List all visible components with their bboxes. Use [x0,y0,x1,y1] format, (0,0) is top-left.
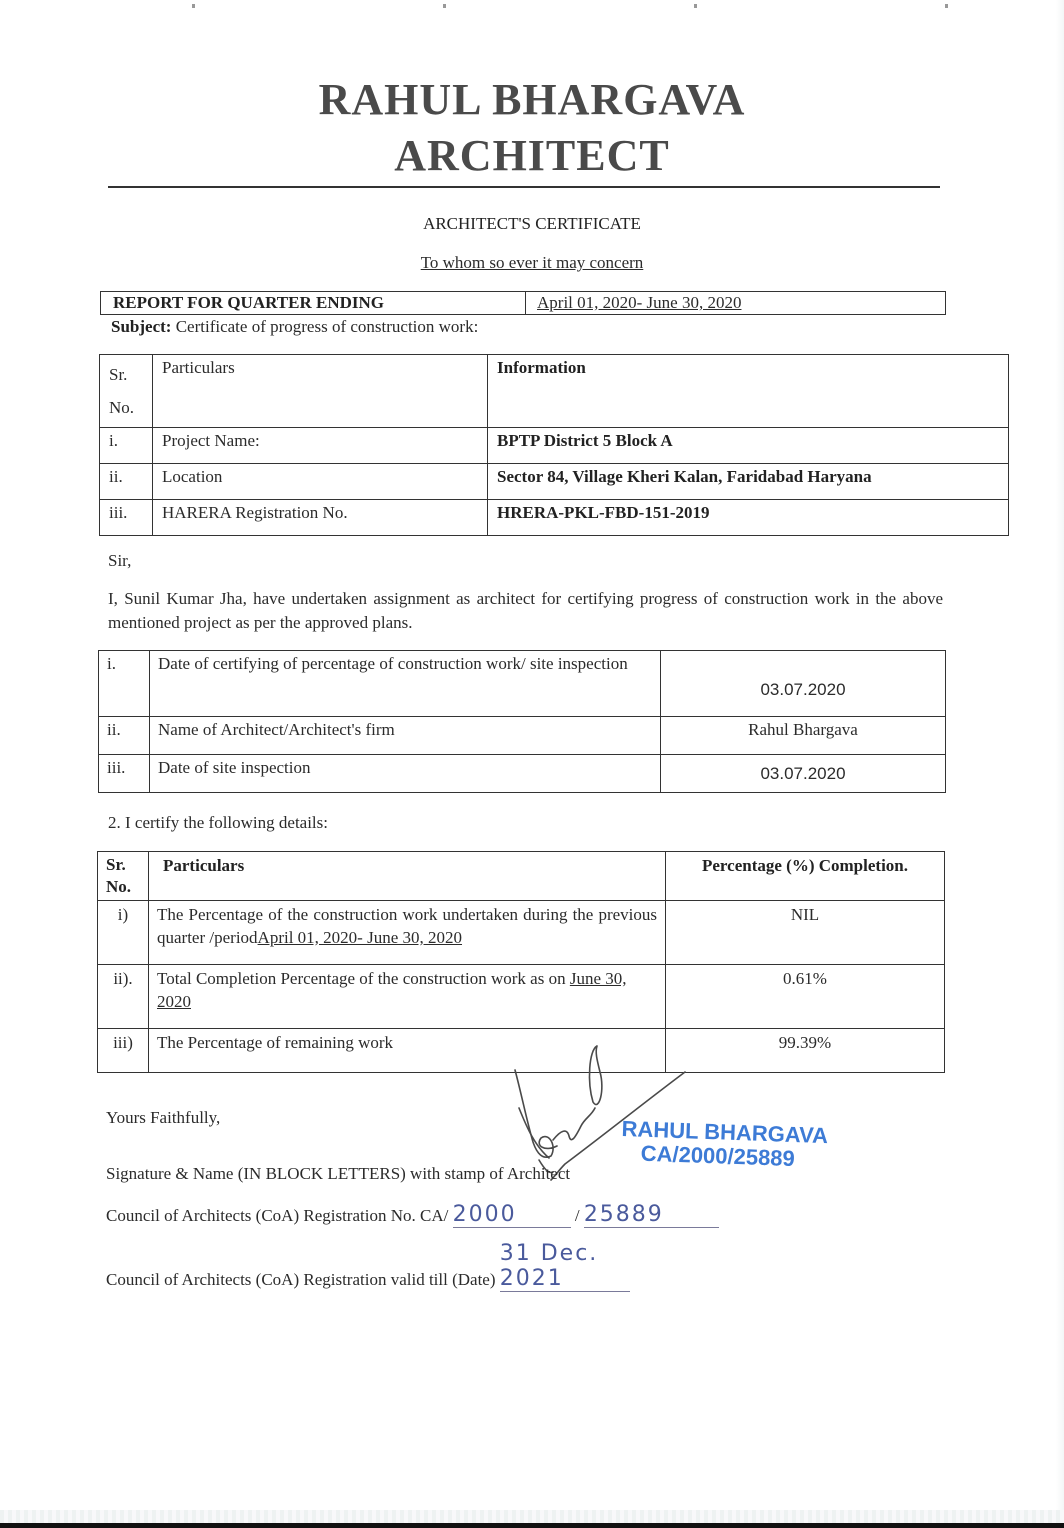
row-sr: iii) [98,1029,149,1073]
row-value: 99.39% [666,1029,945,1073]
subject-line: Subject: Certificate of progress of cons… [111,317,478,337]
row-particular: Date of site inspection [150,755,661,793]
coa-validity-label: Council of Architects (CoA) Registration… [106,1270,496,1289]
scan-edge-band [0,1510,1064,1524]
row-value: 0.61% [666,965,945,1029]
coa-registration: Council of Architects (CoA) Registration… [106,1202,719,1228]
row-particular: Location [153,464,488,500]
scan-speck [192,4,195,8]
closing-line: Yours Faithfully, [106,1108,220,1128]
row-sr: iii. [100,500,153,536]
quarter-label: REPORT FOR QUARTER ENDING [113,293,384,313]
quarter-box: REPORT FOR QUARTER ENDING April 01, 2020… [100,291,946,315]
table-row: iii. HARERA Registration No. HRERA-PKL-F… [100,500,1009,536]
row-sr: ii). [98,965,149,1029]
table-row: i. Project Name: BPTP District 5 Block A [100,428,1009,464]
header-percentage: Percentage (%) Completion. [666,852,945,901]
signature-caption: Signature & Name (IN BLOCK LETTERS) with… [106,1164,570,1184]
header-sr: Sr.No. [98,852,149,901]
letterhead-name: RAHUL BHARGAVA [0,73,1064,127]
table-row: iii. Date of site inspection 03.07.2020 [99,755,946,793]
table-row: ii. Name of Architect/Architect's firm R… [99,717,946,755]
row-sr: iii. [99,755,150,793]
salutation-line: To whom so ever it may concern [0,253,1064,273]
row-particular: The Percentage of the construction work … [149,901,666,965]
table-row: i. Date of certifying of percentage of c… [99,651,946,717]
row-particular: Project Name: [153,428,488,464]
row-particular: Name of Architect/Architect's firm [150,717,661,755]
row-sr: i. [99,651,150,717]
header-sr: Sr.No. [100,355,153,428]
scan-speck [694,4,697,8]
table-row: ii). Total Completion Percentage of the … [98,965,945,1029]
greeting: Sir, [108,551,131,571]
certify-intro: 2. I certify the following details: [108,813,328,833]
coa-validity: Council of Architects (CoA) Registration… [106,1241,630,1292]
row-sr: i. [100,428,153,464]
row-info: Sector 84, Village Kheri Kalan, Faridaba… [488,464,1009,500]
header-information: Information [488,355,1009,428]
header-particulars: Particulars [153,355,488,428]
letterhead-profession: ARCHITECT [0,129,1064,183]
row-sr: i) [98,901,149,965]
quarter-value: April 01, 2020- June 30, 2020 [537,293,741,313]
certificate-heading: ARCHITECT'S CERTIFICATE [0,214,1064,234]
row-value: Rahul Bhargava [661,717,946,755]
row-info: BPTP District 5 Block A [488,428,1009,464]
row-value: NIL [666,901,945,965]
table-header-row: Sr.No. Particulars Information [100,355,1009,428]
row-value: 03.07.2020 [661,651,946,717]
coa-validity-date: 31 Dec. 2021 [500,1241,630,1292]
scan-bottom-border [0,1523,1064,1528]
quarter-divider [525,292,526,314]
completion-table: Sr.No. Particulars Percentage (%) Comple… [97,851,945,1073]
inspection-table: i. Date of certifying of percentage of c… [98,650,946,793]
row-particular: Date of certifying of percentage of cons… [150,651,661,717]
row-particular: Total Completion Percentage of the const… [149,965,666,1029]
scan-speck [443,4,446,8]
row-particular: HARERA Registration No. [153,500,488,536]
coa-registration-part1: 2000 [453,1202,571,1228]
row-sr: ii. [99,717,150,755]
letter-body: I, Sunil Kumar Jha, have undertaken assi… [108,587,943,635]
table-row: ii. Location Sector 84, Village Kheri Ka… [100,464,1009,500]
row-value: 03.07.2020 [661,755,946,793]
row-sr: ii. [100,464,153,500]
project-table: Sr.No. Particulars Information i. Projec… [99,354,1009,536]
architect-stamp: RAHUL BHARGAVA CA/2000/25889 [620,1117,828,1172]
coa-registration-part2: 25889 [584,1202,719,1228]
coa-registration-label: Council of Architects (CoA) Registration… [106,1206,448,1225]
row-info: HRERA-PKL-FBD-151-2019 [488,500,1009,536]
table-header-row: Sr.No. Particulars Percentage (%) Comple… [98,852,945,901]
coa-registration-separator: / [575,1206,580,1225]
letterhead-divider [108,186,940,188]
header-particulars: Particulars [149,852,666,901]
scan-speck [945,4,948,8]
table-row: i) The Percentage of the construction wo… [98,901,945,965]
